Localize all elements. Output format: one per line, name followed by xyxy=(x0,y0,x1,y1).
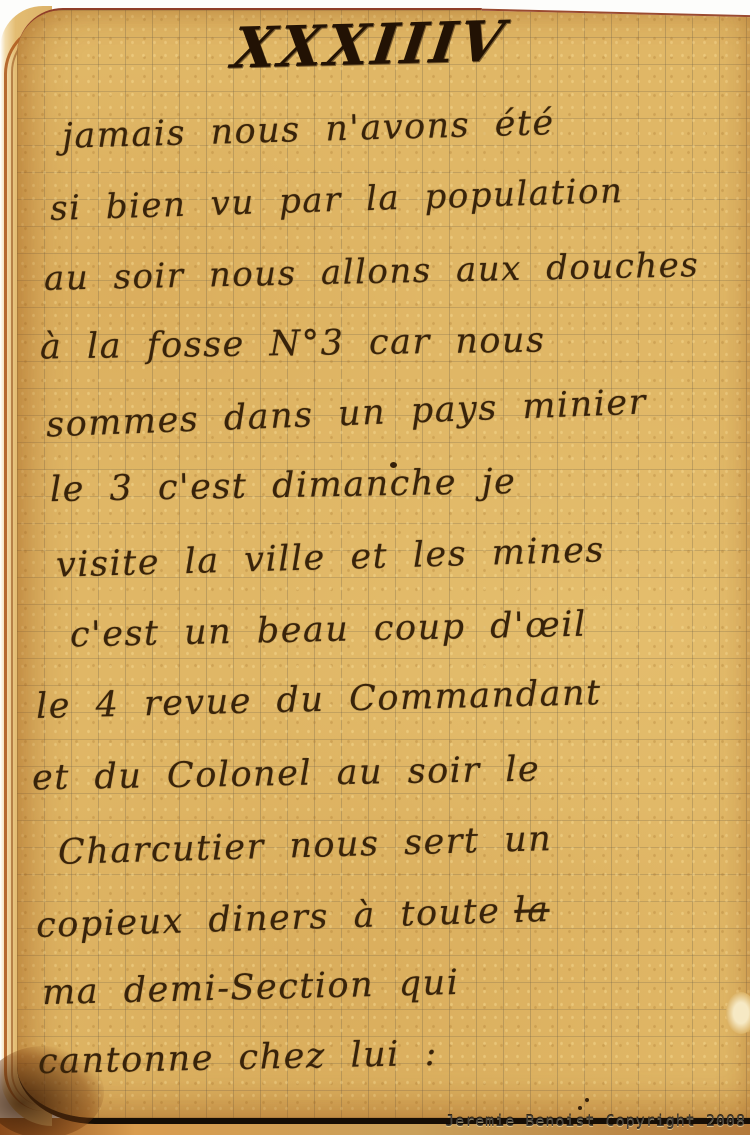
struck-word: la xyxy=(514,890,550,931)
page-number-heading: XXXIIIV xyxy=(229,8,511,81)
handwriting-line: cantonne chez lui : xyxy=(38,1034,439,1082)
handwriting-text: cantonne chez lui : xyxy=(38,1034,439,1082)
ink-dot xyxy=(585,1098,589,1102)
scanned-notebook-page: XXXIIIV jamais nous n'avons été si bien … xyxy=(0,0,750,1135)
handwriting-line: le 3 c'est dimanche je xyxy=(50,462,517,510)
copyright-watermark: Jeremie Benoist Copyright 2008 xyxy=(445,1112,746,1130)
handwriting-line: à la fosse N°3 car nous xyxy=(40,320,546,367)
paper-tear xyxy=(726,992,750,1034)
handwriting-text: le 3 c'est dimanche je xyxy=(50,462,517,510)
handwriting-text: à la fosse N°3 car nous xyxy=(40,320,546,367)
ink-dot xyxy=(578,1106,582,1110)
